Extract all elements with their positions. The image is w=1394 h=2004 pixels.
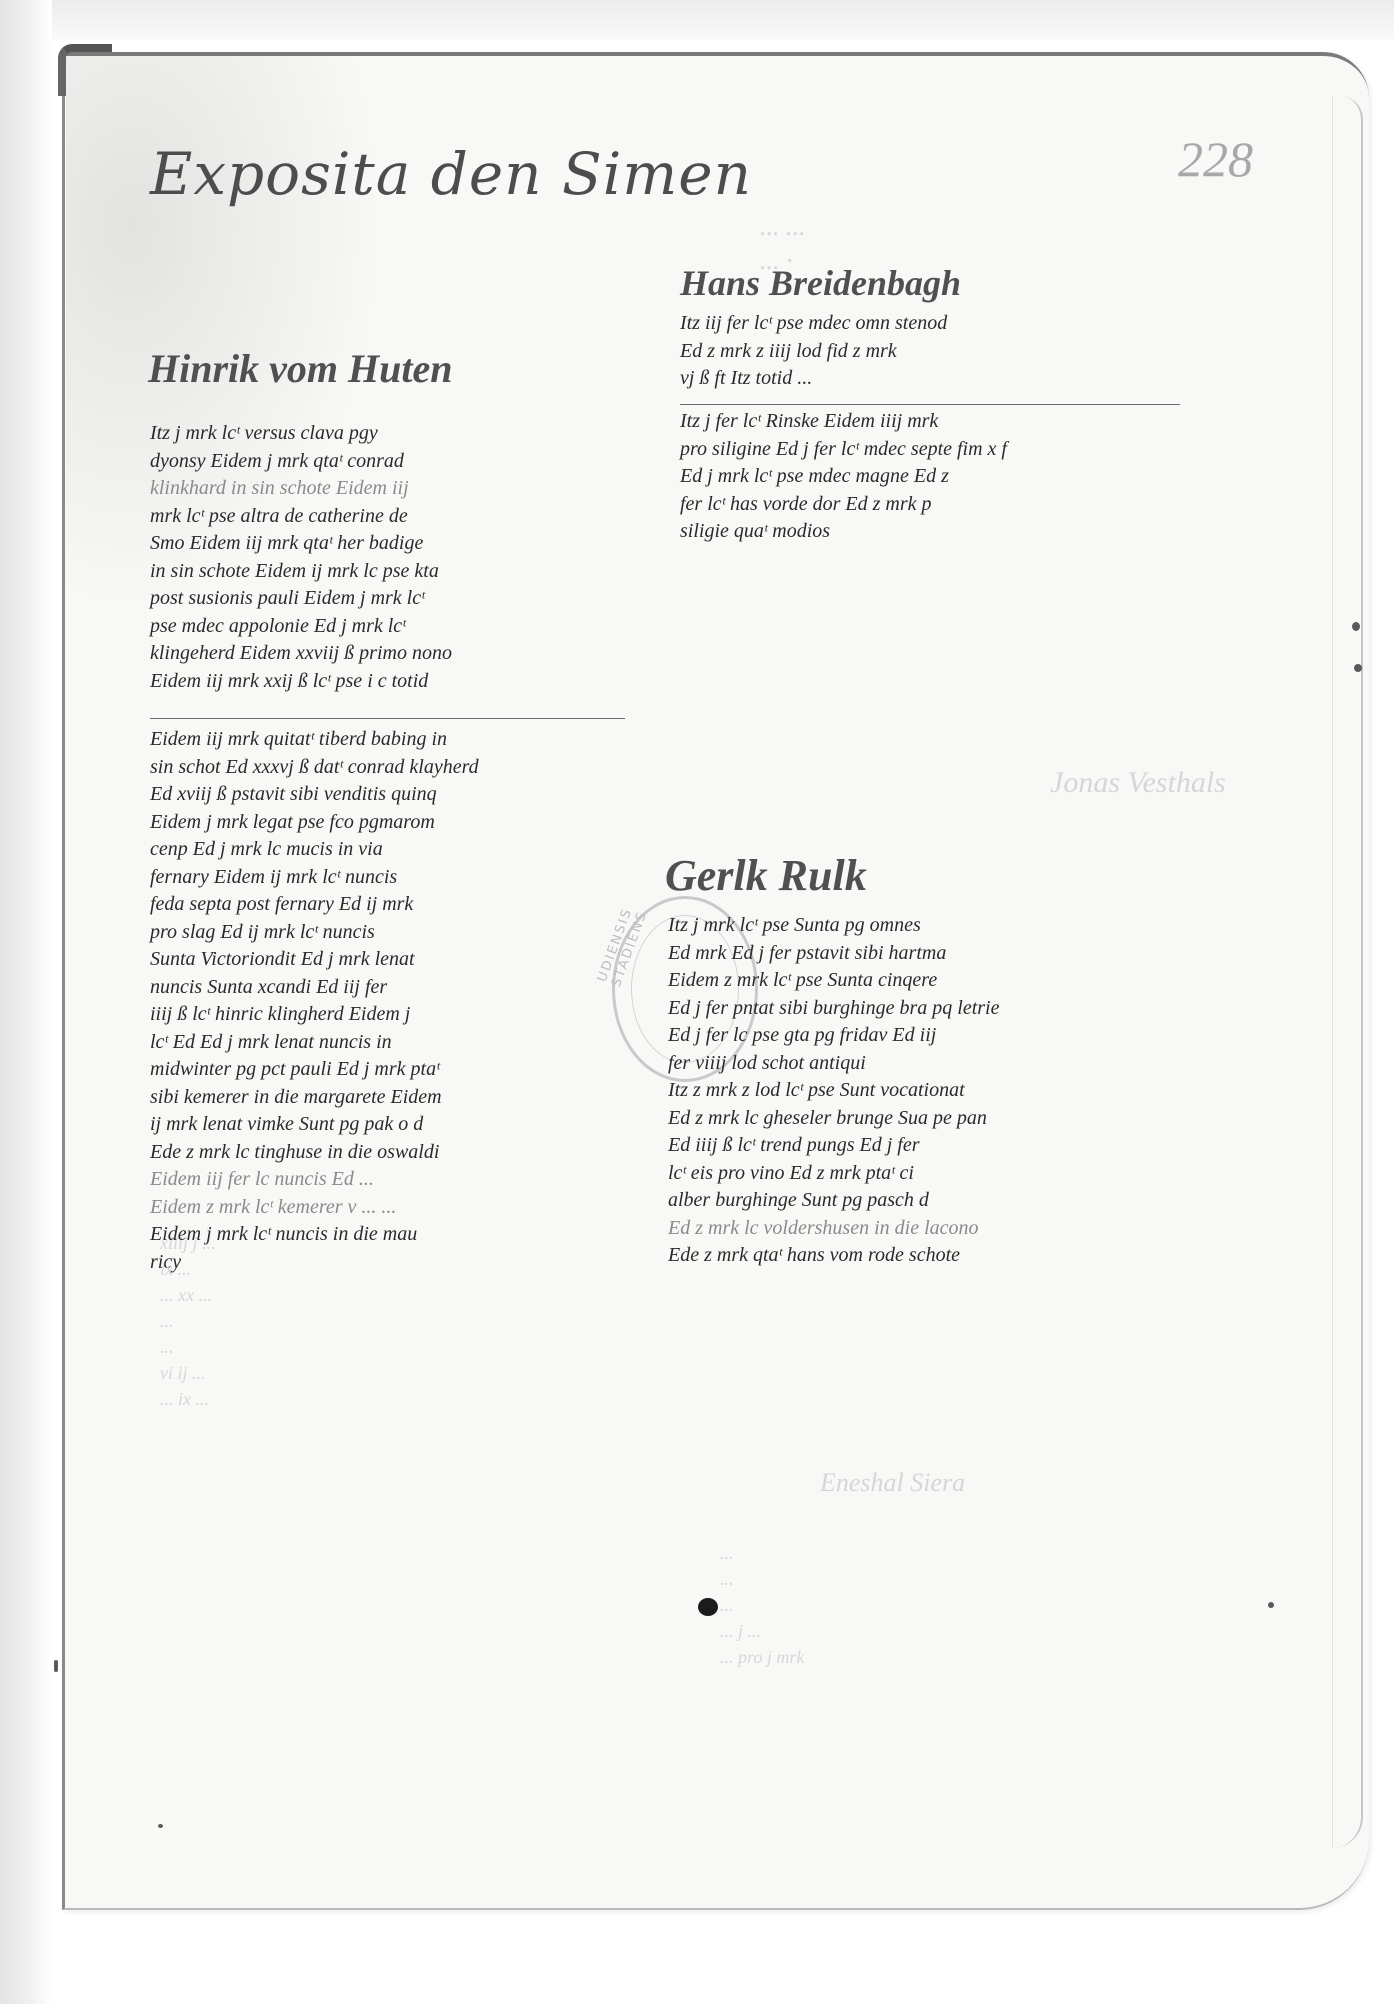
- bleed-through-heading: Jonas Vesthals: [1050, 770, 1226, 796]
- ink-speck: [1268, 1602, 1274, 1608]
- bleed-through-lower-left: xiiij j ... ix ... ... xx ... ... ... vi…: [160, 1230, 216, 1412]
- divider-rule: [150, 718, 625, 719]
- ink-blot: [698, 1598, 718, 1616]
- ink-speck: [1352, 622, 1360, 631]
- ink-speck: [1354, 664, 1362, 672]
- entry-body-hans-continued: Itz j fer lcᵗ Rinske Eidem iiij mrk pro …: [680, 408, 1007, 546]
- binding-shadow: [0, 0, 52, 2004]
- bleed-through-heading-lower: Eneshal Siera: [820, 1470, 965, 1496]
- entry-heading-hans: Hans Breidenbagh: [680, 262, 961, 304]
- binding-thread: [58, 44, 112, 96]
- ink-speck: [54, 1660, 58, 1672]
- bleed-through-lower-right: ... ... ... ... j ... ... pro j mrk: [720, 1540, 804, 1670]
- entry-body-hans: Itz iij fer lcᵗ pse mdec omn stenod Ed z…: [680, 310, 947, 393]
- entry-heading-gerlk: Gerlk Rulk: [665, 850, 867, 901]
- entry-body-hinrik: Itz j mrk lcᵗ versus clava pgy dyonsy Ei…: [150, 420, 452, 695]
- scan-background-top: [0, 0, 1394, 40]
- entry-body-gerlk: Itz j mrk lcᵗ pse Sunta pg omnes Ed mrk …: [668, 912, 999, 1270]
- folio-number: 228: [1178, 130, 1253, 188]
- entry-body-continued: Eidem iij mrk quitatᵗ tiberd babing in s…: [150, 726, 479, 1276]
- page-edge-stack: [1332, 96, 1363, 1848]
- divider-rule: [680, 404, 1180, 405]
- page-title: Exposita den Simen: [150, 140, 752, 208]
- ink-speck: [158, 1824, 163, 1828]
- entry-heading-hinrik: Hinrik vom Huten: [148, 345, 453, 392]
